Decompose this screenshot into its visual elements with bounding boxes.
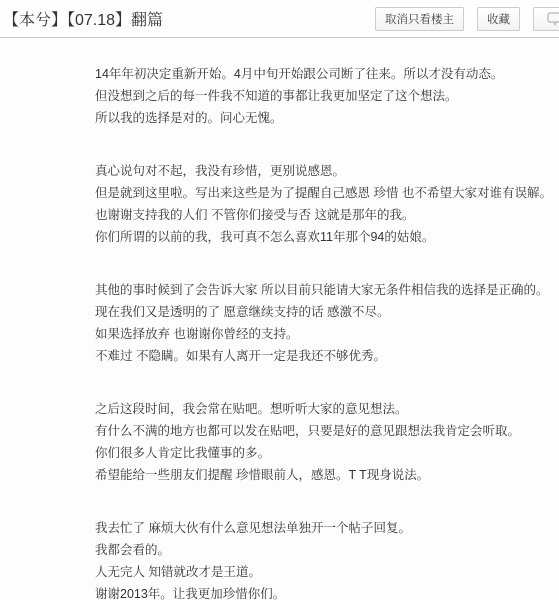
post-line: 真心说句对不起，我没有珍惜，更别说感恩。 bbox=[95, 160, 559, 182]
comment-button[interactable] bbox=[533, 7, 559, 31]
favorite-button[interactable]: 收藏 bbox=[477, 7, 520, 31]
post-paragraph: 之后这段时间，我会常在贴吧。想听听大家的意见想法。 有什么不满的地方也都可以发在… bbox=[95, 398, 559, 486]
tieba-thread-page: 【本兮】【07.18】翻篇 取消只看楼主 收藏 14年年初决定重新开始。4月中旬… bbox=[0, 0, 559, 600]
post-line: 人无完人 知错就改才是王道。 bbox=[95, 561, 559, 583]
post-line: 你们所谓的以前的我，我可真不怎么喜欢11年那个94的姑娘。 bbox=[95, 226, 559, 248]
post-line: 如果选择放弃 也谢谢你曾经的支持。 bbox=[95, 323, 559, 345]
post-line: 但是就到这里啦。写出来这些是为了提醒自己感恩 珍惜 也不希望大家对谁有误解。 bbox=[95, 182, 559, 204]
post-line: 有什么不满的地方也都可以发在贴吧，只要是好的意见跟想法我肯定会听取。 bbox=[95, 420, 559, 442]
post-line: 也谢谢支持我的人们 不管你们接受与否 这就是那年的我。 bbox=[95, 204, 559, 226]
post-line: 希望能给一些朋友们提醒 珍惜眼前人，感恩。T T现身说法。 bbox=[95, 464, 559, 486]
post-line: 所以我的选择是对的。问心无愧。 bbox=[95, 107, 559, 129]
post-line: 之后这段时间，我会常在贴吧。想听听大家的意见想法。 bbox=[95, 398, 559, 420]
post-line: 现在我们又是透明的了 愿意继续支持的话 感激不尽。 bbox=[95, 301, 559, 323]
speech-bubble-icon bbox=[547, 12, 559, 26]
post-paragraph: 14年年初决定重新开始。4月中旬开始跟公司断了往来。所以才没有动态。 但没想到之… bbox=[95, 63, 559, 129]
thread-header: 【本兮】【07.18】翻篇 取消只看楼主 收藏 bbox=[0, 0, 559, 38]
post-line: 14年年初决定重新开始。4月中旬开始跟公司断了往来。所以才没有动态。 bbox=[95, 63, 559, 85]
post-line: 其他的事时候到了会告诉大家 所以目前只能请大家无条件相信我的选择是正确的。 bbox=[95, 279, 559, 301]
thread-title: 【本兮】【07.18】翻篇 bbox=[3, 7, 163, 30]
post-paragraph: 我去忙了 麻烦大伙有什么意见想法单独开一个帖子回复。 我都会看的。 人无完人 知… bbox=[95, 517, 559, 600]
post-line: 不难过 不隐瞒。如果有人离开一定是我还不够优秀。 bbox=[95, 345, 559, 367]
cancel-only-op-button[interactable]: 取消只看楼主 bbox=[375, 7, 464, 31]
post-line: 但没想到之后的每一件我不知道的事都让我更加坚定了这个想法。 bbox=[95, 85, 559, 107]
post-content: 14年年初决定重新开始。4月中旬开始跟公司断了往来。所以才没有动态。 但没想到之… bbox=[0, 38, 559, 600]
post-paragraph: 其他的事时候到了会告诉大家 所以目前只能请大家无条件相信我的选择是正确的。 现在… bbox=[95, 279, 559, 367]
post-line: 你们很多人肯定比我懂事的多。 bbox=[95, 442, 559, 464]
post-line: 谢谢2013年。让我更加珍惜你们。 bbox=[95, 583, 559, 600]
post-paragraph: 真心说句对不起，我没有珍惜，更别说感恩。 但是就到这里啦。写出来这些是为了提醒自… bbox=[95, 160, 559, 248]
post-line: 我都会看的。 bbox=[95, 539, 559, 561]
post-line: 我去忙了 麻烦大伙有什么意见想法单独开一个帖子回复。 bbox=[95, 517, 559, 539]
